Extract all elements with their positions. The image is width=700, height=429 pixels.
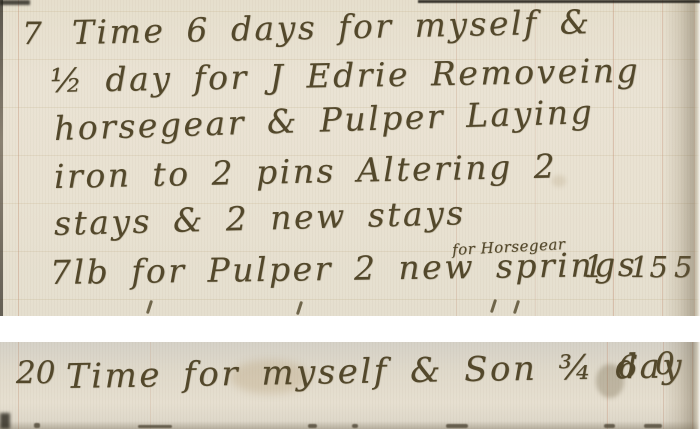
cutoff-text-mark — [352, 424, 358, 428]
cutoff-text-mark — [604, 424, 615, 428]
ledger-entry-day-7: 7 Time 6 days for myself & ½ day for J E… — [0, 0, 700, 316]
amount-pence: 0 — [655, 346, 676, 382]
entry-line: horsegear & Pulper Laying — [53, 92, 594, 148]
entry-line: iron to 2 pins Altering 2 — [54, 146, 558, 196]
descender-stroke — [513, 300, 520, 314]
ledger-page-scan: 7 Time 6 days for myself & ½ day for J E… — [0, 0, 700, 429]
entry-line: Time for myself & Son ¾ day — [66, 346, 685, 397]
entry-line: Time 6 days for myself & — [72, 2, 592, 52]
amount-pence: 5 — [674, 250, 693, 284]
amount-shillings: 15 — [630, 250, 669, 284]
descender-stroke — [146, 300, 153, 314]
entry-line: 7lb for Pulper 2 new springs — [50, 245, 638, 292]
amount-pounds: 1 — [584, 249, 605, 285]
ruled-line-shadow — [0, 421, 700, 429]
cutoff-text-mark — [644, 424, 662, 428]
ruled-line-horizontal — [0, 299, 700, 300]
entry-line: stays & 2 new stays — [53, 193, 466, 243]
scan-edge-line — [418, 0, 700, 3]
ledger-entry-day-20: 20 Time for myself & Son ¾ day 6 0 — [0, 342, 700, 429]
cutoff-text-mark — [138, 425, 172, 428]
cutoff-text-mark — [446, 424, 468, 428]
amount-shillings: 6 — [618, 349, 639, 385]
descender-stroke — [490, 299, 497, 313]
cutoff-text-mark — [34, 423, 40, 428]
scan-edge-blob — [0, 0, 30, 5]
entry-day-number: 20 — [16, 355, 55, 391]
cutoff-text-mark — [308, 424, 317, 428]
page-edge-line — [692, 342, 693, 429]
descender-stroke — [296, 301, 303, 315]
margin-ruled-line — [18, 0, 19, 316]
page-edge-line — [694, 0, 695, 316]
entry-day-number: 7 — [22, 16, 42, 52]
binding-edge — [0, 0, 3, 316]
scan-edge-blob — [0, 413, 10, 429]
